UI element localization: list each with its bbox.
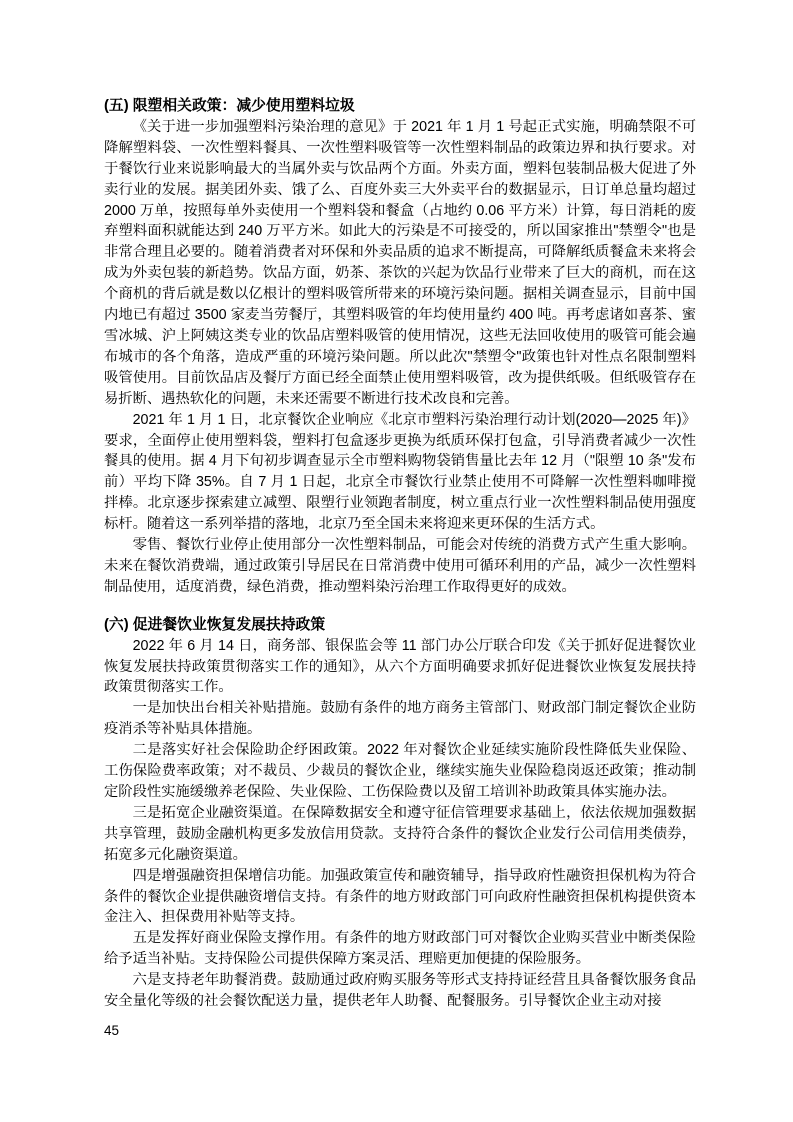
section-6-paragraph-6: 五是发挥好商业保险支撑作用。有条件的地方财政部门可对餐饮企业购买营业中断类保险给… xyxy=(104,928,696,970)
section-5-paragraph-1: 《关于进一步加强塑料污染治理的意见》于 2021 年 1 月 1 号起正式实施，… xyxy=(104,117,696,410)
section-5-heading: (五) 限塑相关政策：减少使用塑料垃圾 xyxy=(104,96,696,117)
section-6-paragraph-1: 2022 年 6 月 14 日，商务部、银保监会等 11 部门办公厅联合印发《关… xyxy=(104,636,696,699)
section-6-paragraph-3: 二是落实好社会保险助企纾困政策。2022 年对餐饮企业延续实施阶段性降低失业保险… xyxy=(104,740,696,803)
section-6-paragraph-4: 三是拓宽企业融资渠道。在保障数据安全和遵守征信管理要求基础上，依法依规加强数据共… xyxy=(104,803,696,866)
document-page: (五) 限塑相关政策：减少使用塑料垃圾 《关于进一步加强塑料污染治理的意见》于 … xyxy=(0,0,793,1122)
section-6-heading: (六) 促进餐饮业恢复发展扶持政策 xyxy=(104,615,696,636)
page-number: 45 xyxy=(104,1022,119,1040)
section-5-paragraph-2: 2021 年 1 月 1 日，北京餐饮企业响应《北京市塑料污染治理行动计划(20… xyxy=(104,410,696,535)
document-content: (五) 限塑相关政策：减少使用塑料垃圾 《关于进一步加强塑料污染治理的意见》于 … xyxy=(104,96,696,1012)
section-6-paragraph-2: 一是加快出台相关补贴措施。鼓励有条件的地方商务主管部门、财政部门制定餐饮企业防疫… xyxy=(104,698,696,740)
section-6-paragraph-5: 四是增强融资担保增信功能。加强政策宣传和融资辅导，指导政府性融资担保机构为符合条… xyxy=(104,866,696,929)
section-5-paragraph-3: 零售、餐饮行业停止使用部分一次性塑料制品，可能会对传统的消费方式产生重大影响。未… xyxy=(104,535,696,598)
section-6-paragraph-7: 六是支持老年助餐消费。鼓励通过政府购买服务等形式支持持证经营且具备餐饮服务食品安… xyxy=(104,970,696,1012)
